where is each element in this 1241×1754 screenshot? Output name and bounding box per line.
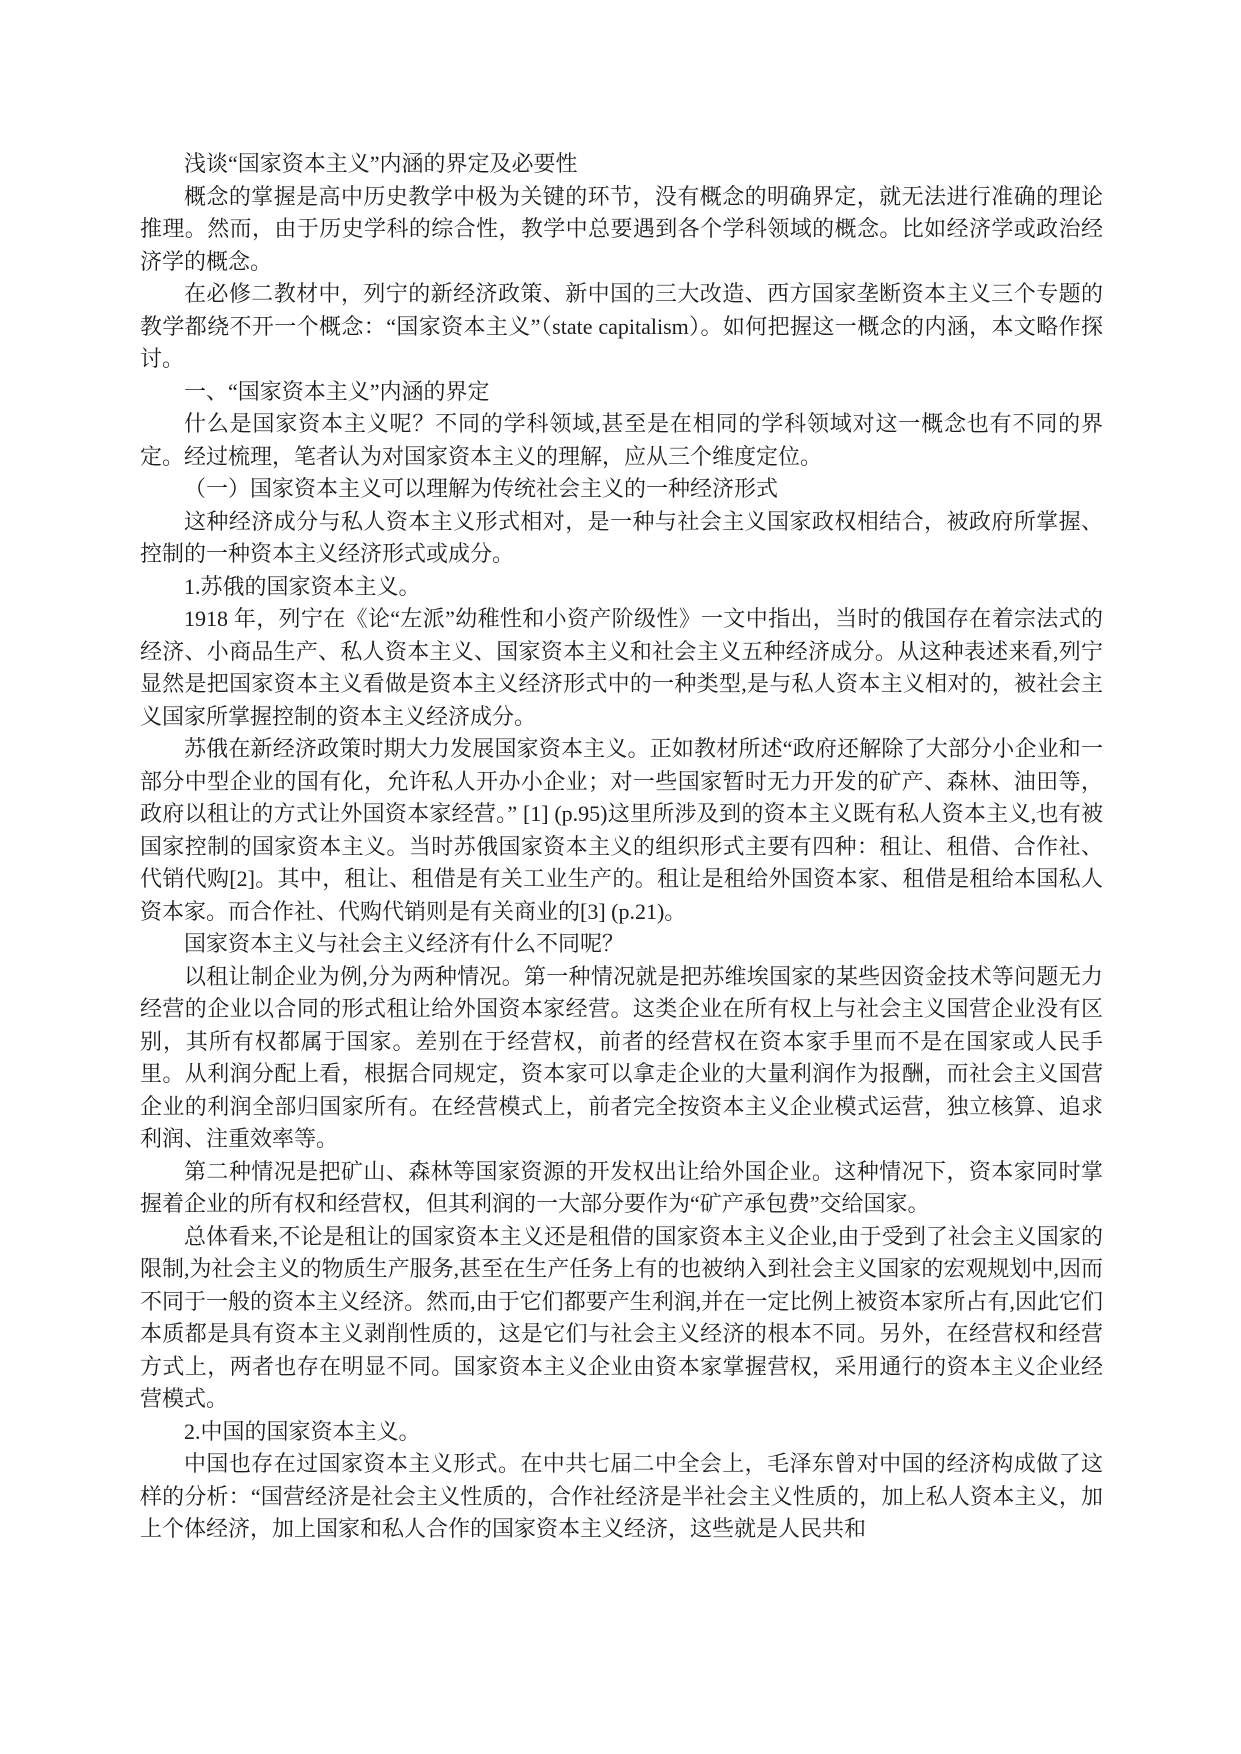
document-title: 浅谈“国家资本主义”内涵的界定及必要性 (140, 148, 1103, 181)
subsection-1-heading: （一）国家资本主义可以理解为传统社会主义的一种经济形式 (140, 473, 1103, 506)
body-paragraph: 什么是国家资本主义呢？不同的学科领域,甚至是在相同的学科领域对这一概念也有不同的… (140, 408, 1103, 473)
document-page: 浅谈“国家资本主义”内涵的界定及必要性 概念的掌握是高中历史教学中极为关键的环节… (0, 0, 1241, 1754)
section-1-heading: 一、“国家资本主义”内涵的界定 (140, 376, 1103, 409)
body-paragraph: 在必修二教材中，列宁的新经济政策、新中国的三大改造、西方国家垄断资本主义三个专题… (140, 278, 1103, 376)
body-paragraph: 这种经济成分与私人资本主义形式相对，是一种与社会主义国家政权相结合，被政府所掌握… (140, 506, 1103, 571)
body-paragraph: 总体看来,不论是租让的国家资本主义还是租借的国家资本主义企业,由于受到了社会主义… (140, 1221, 1103, 1416)
body-paragraph: 苏俄在新经济政策时期大力发展国家资本主义。正如教材所述“政府还解除了大部分小企业… (140, 733, 1103, 928)
numbered-heading-1: 1.苏俄的国家资本主义。 (140, 571, 1103, 604)
document-body: 浅谈“国家资本主义”内涵的界定及必要性 概念的掌握是高中历史教学中极为关键的环节… (140, 148, 1103, 1546)
body-paragraph: 中国也存在过国家资本主义形式。在中共七届二中全会上，毛泽东曾对中国的经济构成做了… (140, 1448, 1103, 1546)
body-paragraph: 国家资本主义与社会主义经济有什么不同呢？ (140, 928, 1103, 961)
body-paragraph: 以租让制企业为例,分为两种情况。第一种情况就是把苏维埃国家的某些因资金技术等问题… (140, 961, 1103, 1156)
body-paragraph: 概念的掌握是高中历史教学中极为关键的环节，没有概念的明确界定，就无法进行准确的理… (140, 181, 1103, 279)
body-paragraph: 1918 年，列宁在《论“左派”幼稚性和小资产阶级性》一文中指出，当时的俄国存在… (140, 603, 1103, 733)
body-paragraph: 第二种情况是把矿山、森林等国家资源的开发权出让给外国企业。这种情况下，资本家同时… (140, 1156, 1103, 1221)
numbered-heading-2: 2.中国的国家资本主义。 (140, 1416, 1103, 1449)
